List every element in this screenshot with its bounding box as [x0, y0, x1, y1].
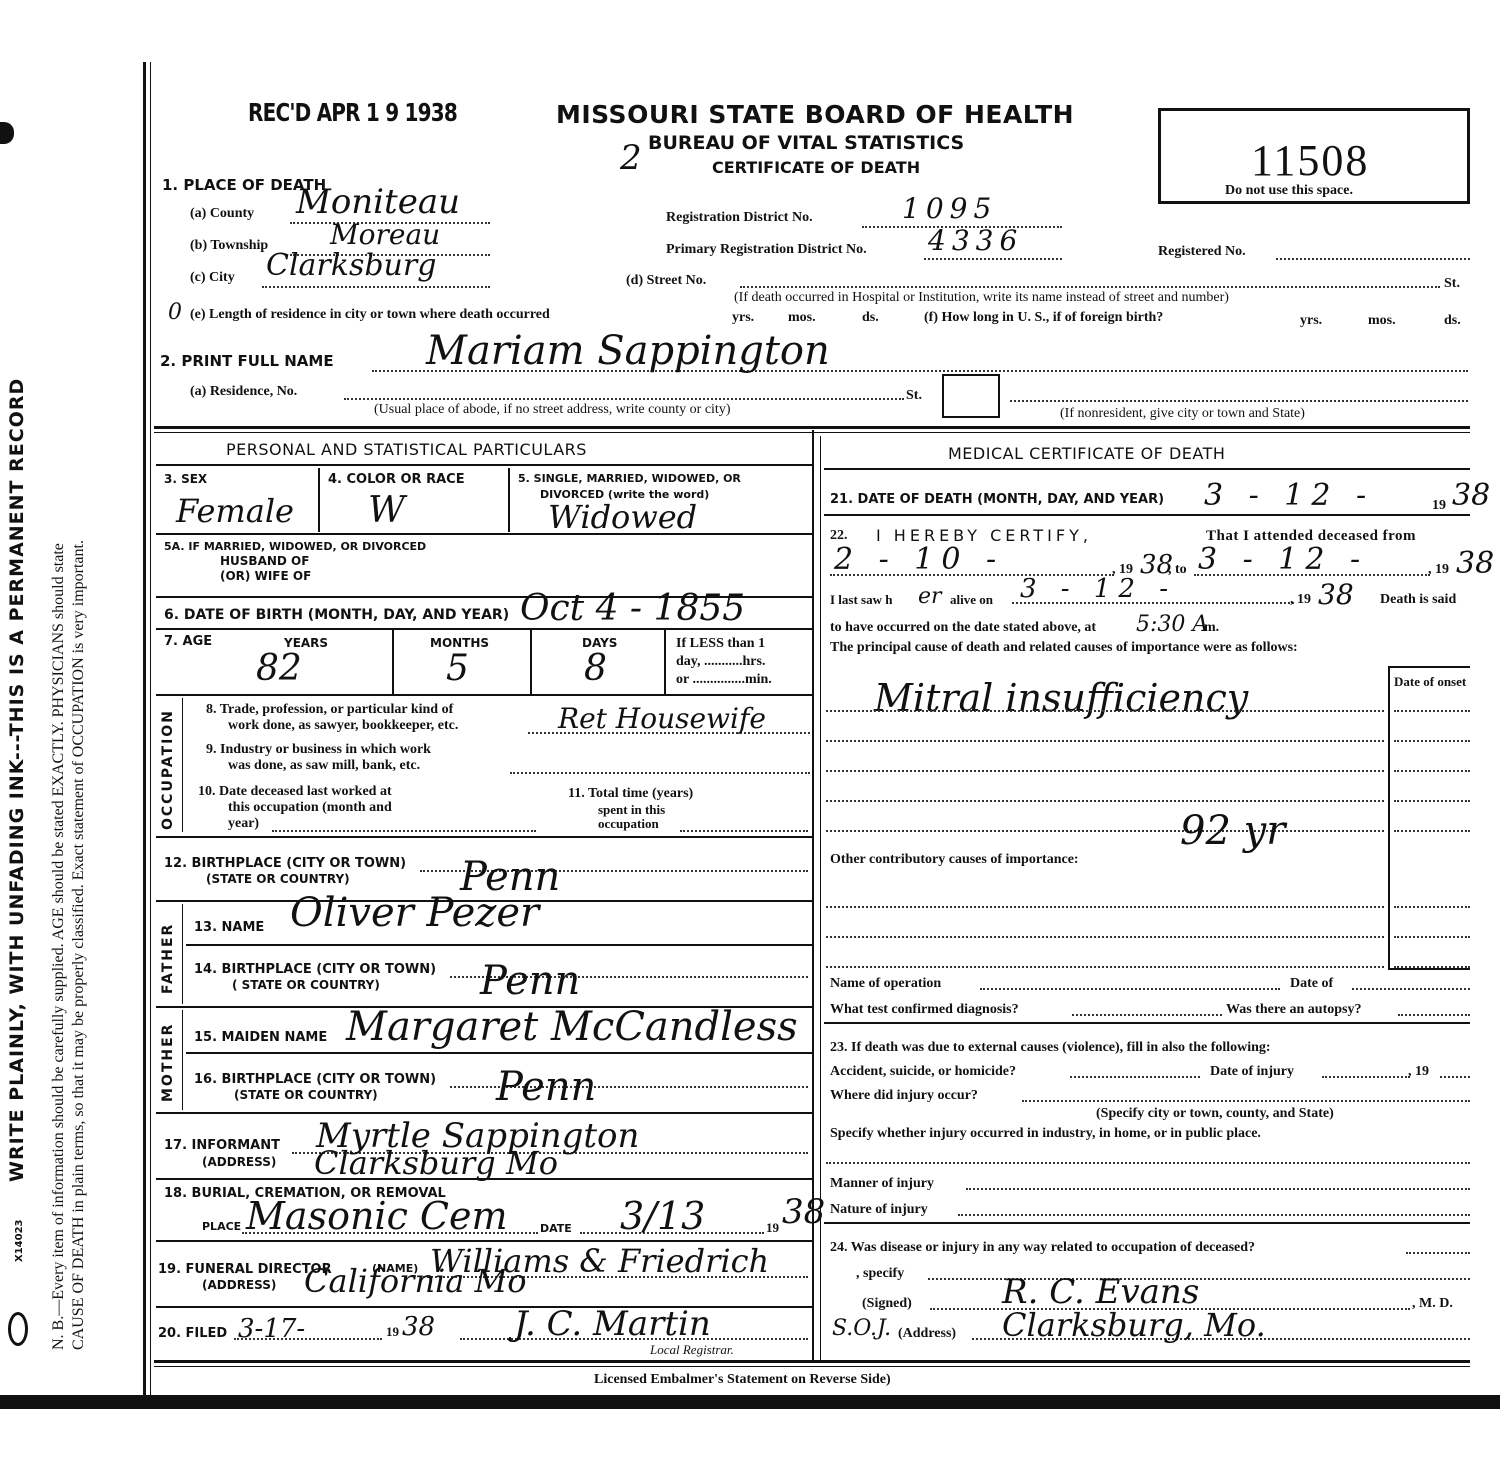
- total-time-label-1: 11. Total time (years): [568, 786, 693, 802]
- onset-line-5[interactable]: [1394, 820, 1470, 832]
- autopsy-label: Was there an autopsy?: [1226, 1002, 1361, 1018]
- father-birthplace-label-1: 14. BIRTHPLACE (CITY OR TOWN): [194, 962, 436, 977]
- primary-district-field[interactable]: 4336: [924, 236, 1062, 260]
- birthplace-label-1: 12. BIRTHPLACE (CITY OR TOWN): [164, 856, 406, 871]
- frame-left-border-inner: [150, 62, 151, 1402]
- nature-label: Nature of injury: [830, 1202, 928, 1218]
- father-birthplace-field[interactable]: Penn: [450, 964, 808, 978]
- full-name-value: Mariam Sappington: [426, 328, 830, 374]
- city-value: Clarksburg: [266, 248, 436, 283]
- margin-warning: WRITE PLAINLY, WITH UNFADING INK---THIS …: [6, 378, 28, 1182]
- funeral-address-value[interactable]: California Mo: [304, 1262, 527, 1300]
- age-label: 7. AGE: [164, 634, 212, 649]
- industry-field[interactable]: [510, 760, 810, 774]
- external-causes-label: 23. If death was due to external causes …: [830, 1040, 1271, 1056]
- full-name-label: 2. PRINT FULL NAME: [160, 352, 334, 370]
- onset-column-rule: [1388, 666, 1390, 968]
- form-subtitle: BUREAU OF VITAL STATISTICS: [648, 132, 964, 154]
- occupation-related-field[interactable]: [1406, 1242, 1470, 1254]
- registration-district-label: Registration District No.: [666, 210, 813, 226]
- nature-field[interactable]: [958, 1204, 1470, 1216]
- registered-no-field[interactable]: [1276, 240, 1470, 260]
- row-rule-4: [156, 694, 812, 696]
- less-than-day-2: day, ...........hrs.: [676, 654, 765, 670]
- row-rule-1: [156, 533, 812, 535]
- dob-label: 6. DATE OF BIRTH (MONTH, DAY, AND YEAR): [164, 607, 509, 623]
- medical-rule-2: [824, 1022, 1470, 1024]
- binding-hole: [0, 122, 14, 144]
- attended-to-value: 3 - 12 -: [1198, 542, 1368, 577]
- attended-to-field[interactable]: 3 - 12 -: [1194, 568, 1430, 576]
- onset-line-3[interactable]: [1394, 760, 1470, 772]
- informant-address-label: (ADDRESS): [202, 1155, 276, 1169]
- residence-yrs-label: yrs.: [732, 310, 754, 326]
- city-label: (c) City: [190, 270, 235, 286]
- primary-district-label: Primary Registration District No.: [666, 242, 867, 258]
- onset-line-2[interactable]: [1394, 730, 1470, 742]
- union-bug-icon: [8, 1312, 28, 1346]
- to-year-value[interactable]: 38: [1456, 546, 1494, 581]
- manner-label: Manner of injury: [830, 1176, 934, 1192]
- mother-side-rule: [182, 1010, 183, 1110]
- industry-label-2: was done, as saw mill, bank, etc.: [228, 758, 420, 774]
- residence-note: (Usual place of abode, if no street addr…: [374, 402, 731, 418]
- sex-value[interactable]: Female: [176, 492, 294, 530]
- scan-bottom-bar: [0, 1395, 1500, 1409]
- attended-from-value: 2 - 10 -: [834, 542, 1004, 577]
- personal-title-rule: [156, 464, 812, 466]
- contributory-line-3[interactable]: [826, 956, 1384, 968]
- township-label: (b) Township: [190, 238, 268, 254]
- foreign-ds-label: ds.: [1444, 313, 1461, 329]
- alive-on-value: 3 - 12 -: [1020, 574, 1176, 604]
- spouse-label-3: (OR) WIFE OF: [220, 569, 311, 583]
- street-field[interactable]: [740, 270, 1440, 288]
- contributory-label: Other contributory causes of importance:: [830, 852, 1079, 868]
- autopsy-field[interactable]: [1398, 1004, 1470, 1016]
- funeral-address-label: (ADDRESS): [202, 1278, 276, 1292]
- total-time-field[interactable]: [680, 818, 808, 832]
- accident-field[interactable]: [1070, 1066, 1200, 1078]
- father-side-label: FATHER: [160, 923, 176, 994]
- last-worked-label-3: year): [228, 816, 259, 832]
- principal-cause-label: The principal cause of death and related…: [830, 640, 1298, 656]
- onset-line-1[interactable]: [1394, 700, 1470, 712]
- burial-place-label: PLACE: [202, 1220, 241, 1233]
- test-label: What test confirmed diagnosis?: [830, 1002, 1019, 1018]
- cause-line-2[interactable]: [826, 730, 1384, 742]
- total-time-label-3: occupation: [598, 816, 659, 832]
- primary-district-value: 4336: [928, 224, 1023, 257]
- trade-value: Ret Housewife: [558, 702, 766, 735]
- form-name: CERTIFICATE OF DEATH: [712, 158, 920, 177]
- residence-length-label: (e) Length of residence in city or town …: [190, 307, 550, 323]
- cause-line-3[interactable]: [826, 760, 1384, 772]
- signed-label: (Signed): [862, 1296, 912, 1312]
- injury-date-label: Date of injury: [1210, 1064, 1294, 1080]
- mother-birthplace-label-2: (STATE OR COUNTRY): [234, 1088, 378, 1102]
- dod-year-prefix: 19: [1432, 498, 1446, 514]
- side-mark: S.O.J.: [832, 1316, 891, 1341]
- occupation-side-label: OCCUPATION: [160, 709, 176, 830]
- cause-line-1[interactable]: [826, 700, 1384, 712]
- last-saw-pronoun[interactable]: er: [918, 584, 942, 609]
- operation-field[interactable]: [980, 978, 1280, 990]
- spouse-label-2: HUSBAND OF: [220, 554, 309, 568]
- county-label: (a) County: [190, 206, 254, 222]
- occupation-related-label: 24. Was disease or injury in any way rel…: [830, 1240, 1255, 1256]
- injury-year-prefix: , 19: [1408, 1064, 1429, 1080]
- street-note: (If death occurred in Hospital or Instit…: [734, 290, 1229, 306]
- onset-label: Date of onset: [1394, 674, 1466, 690]
- cause-value[interactable]: Mitral insufficiency: [874, 676, 1248, 720]
- days-value[interactable]: 8: [584, 648, 607, 689]
- row-rule-9: [156, 1178, 812, 1180]
- death-said-label: Death is said: [1380, 592, 1456, 608]
- last-worked-field[interactable]: [272, 818, 536, 832]
- occurred-at-label: to have occurred on the date stated abov…: [830, 620, 1096, 636]
- time-suffix: m.: [1204, 620, 1219, 636]
- dob-value[interactable]: Oct 4 - 1855: [520, 588, 745, 629]
- filed-year-prefix: 19: [386, 1324, 399, 1340]
- medical-section-title: MEDICAL CERTIFICATE OF DEATH: [948, 444, 1225, 463]
- township-value: Moreau: [330, 218, 440, 251]
- test-field[interactable]: [1072, 1004, 1222, 1016]
- embalmer-note: Licensed Embalmer's Statement on Reverse…: [594, 1372, 891, 1388]
- registered-no-label: Registered No.: [1158, 244, 1246, 260]
- sex-label: 3. SEX: [164, 472, 207, 486]
- mother-birthplace-field[interactable]: Penn: [450, 1074, 808, 1088]
- nonresident-field[interactable]: [1010, 388, 1468, 402]
- injury-date-field[interactable]: [1322, 1066, 1410, 1078]
- father-birthplace-value: Penn: [480, 958, 580, 1004]
- registrar-field[interactable]: J. C. Martin: [460, 1326, 808, 1340]
- residence-field[interactable]: [344, 384, 904, 400]
- residence-mos-label: mos.: [788, 310, 816, 326]
- mother-side-label: MOTHER: [160, 1023, 176, 1102]
- to-year-prefix: , 19: [1428, 562, 1449, 578]
- street-label: (d) Street No.: [626, 273, 706, 289]
- burial-place-value: Masonic Cem: [246, 1194, 508, 1238]
- where-injury-field[interactable]: [1022, 1090, 1470, 1102]
- md-label: , M. D.: [1412, 1296, 1453, 1312]
- residence-checkbox[interactable]: [942, 374, 1000, 418]
- less-than-day-3: or ...............min.: [676, 672, 772, 688]
- date-of-death-label: 21. DATE OF DEATH (MONTH, DAY, AND YEAR): [830, 492, 1164, 507]
- street-suffix: St.: [1444, 276, 1460, 292]
- bottom-rule-2: [154, 1366, 1470, 1367]
- filed-year-value[interactable]: 38: [402, 1312, 435, 1342]
- date-of-death-value[interactable]: 3 - 12 -: [1204, 478, 1374, 513]
- cause-line-5[interactable]: [826, 820, 1384, 832]
- received-stamp: REC'D APR 1 9 1938: [248, 98, 457, 127]
- onset-line-7[interactable]: [1394, 926, 1470, 938]
- burial-date-label: DATE: [540, 1222, 572, 1235]
- onset-bottom-rule: [1388, 968, 1470, 970]
- informant-label: 17. INFORMANT: [164, 1138, 280, 1153]
- medical-title-rule: [824, 468, 1470, 470]
- row-rule-5: [156, 836, 812, 838]
- margin-note-line1: N. B.—Every item of information should b…: [50, 543, 68, 1350]
- burial-year-value[interactable]: 38: [782, 1192, 825, 1232]
- marital-value[interactable]: Widowed: [548, 498, 697, 536]
- occupation-side-rule: [182, 698, 183, 832]
- residence-label: (a) Residence, No.: [190, 384, 297, 400]
- less-than-day-1: If LESS than 1: [676, 636, 765, 652]
- specify-label: , specify: [856, 1266, 904, 1282]
- residence-length-mark: 0: [168, 300, 182, 325]
- contributory-line-1[interactable]: [826, 896, 1384, 908]
- foreign-birth-label: (f) How long in U. S., if of foreign bir…: [924, 310, 1163, 326]
- race-label: 4. COLOR OR RACE: [328, 472, 465, 487]
- frame-left-border: [143, 62, 146, 1402]
- burial-date-field[interactable]: 3/13: [580, 1222, 764, 1234]
- last-worked-label-2: this occupation (month and: [228, 800, 392, 816]
- birthplace-label-2: (STATE OR COUNTRY): [206, 872, 350, 886]
- physician-address-value: Clarksburg, Mo.: [1002, 1306, 1266, 1344]
- row-rule-3: [156, 628, 812, 630]
- contributory-value[interactable]: 92 yr: [1180, 808, 1285, 854]
- industry-label-1: 9. Industry or business in which work: [206, 742, 431, 758]
- accident-label: Accident, suicide, or homicide?: [830, 1064, 1016, 1080]
- where-injury-note: (Specify city or town, county, and State…: [1096, 1106, 1334, 1122]
- onset-line-6[interactable]: [1394, 896, 1470, 908]
- nonresident-note: (If nonresident, give city or town and S…: [1060, 406, 1305, 422]
- registrar-signature: J. C. Martin: [514, 1304, 711, 1344]
- sex-race-divider: [318, 468, 320, 532]
- years-value[interactable]: 82: [256, 648, 302, 689]
- registrar-label: Local Registrar.: [650, 1342, 734, 1358]
- father-birthplace-label-2: ( STATE OR COUNTRY): [232, 978, 380, 992]
- form-title: MISSOURI STATE BOARD OF HEALTH: [556, 100, 1074, 129]
- burial-date-value: 3/13: [620, 1194, 705, 1238]
- contributory-line-2[interactable]: [826, 926, 1384, 938]
- filed-label: 20. FILED: [158, 1326, 227, 1341]
- operation-date-label: Date of: [1290, 976, 1333, 992]
- main-divider-top: [154, 426, 1470, 429]
- birthplace-field[interactable]: Penn: [420, 858, 808, 872]
- race-value[interactable]: W: [368, 490, 405, 531]
- last-worked-label-1: 10. Date deceased last worked at: [198, 784, 392, 800]
- full-name-field[interactable]: Mariam Sappington: [372, 350, 1468, 372]
- burial-year-prefix: 19: [766, 1220, 779, 1236]
- informant-address-value[interactable]: Clarksburg Mo: [314, 1144, 558, 1182]
- alive-on-field[interactable]: 3 - 12 -: [1012, 596, 1294, 604]
- mother-rule: [186, 1052, 812, 1054]
- registration-district-value: 1095: [902, 192, 997, 225]
- father-rule: [186, 944, 812, 946]
- marital-label-1: 5. SINGLE, MARRIED, WIDOWED, OR: [518, 472, 741, 485]
- union-label: X14023: [14, 1220, 25, 1263]
- bottom-rule-1: [154, 1360, 1470, 1363]
- maiden-name-value[interactable]: Margaret McCandless: [346, 1004, 798, 1050]
- age-divider-3: [664, 630, 666, 694]
- operation-label: Name of operation: [830, 976, 941, 992]
- physician-address-field[interactable]: Clarksburg, Mo.: [972, 1328, 1470, 1340]
- cause-line-4[interactable]: [826, 790, 1384, 802]
- maiden-name-label: 15. MAIDEN NAME: [194, 1030, 327, 1045]
- medical-rule-3: [824, 1222, 1470, 1224]
- burial-place-field[interactable]: Masonic Cem: [242, 1220, 538, 1234]
- time-value[interactable]: 5:30 A: [1136, 612, 1208, 637]
- trade-label-2: work done, as sawyer, bookkeeper, etc.: [228, 718, 458, 734]
- specify-place-field[interactable]: [826, 1152, 1470, 1164]
- father-name-value[interactable]: Oliver Pezer: [290, 890, 539, 936]
- spouse-label-1: 5A. IF MARRIED, WIDOWED, OR DIVORCED: [164, 540, 426, 553]
- father-name-label: 13. NAME: [194, 920, 264, 935]
- foreign-yrs-label: yrs.: [1300, 313, 1322, 329]
- months-value[interactable]: 5: [446, 648, 469, 689]
- last-saw-label: I last saw h: [830, 592, 893, 608]
- physician-address-label: (Address): [898, 1326, 956, 1342]
- alive-on-label: alive on: [950, 592, 993, 608]
- do-not-use-label: Do not use this space.: [1225, 183, 1353, 199]
- father-side-rule: [182, 904, 183, 1004]
- margin-mark: 2: [620, 138, 642, 178]
- onset-line-4[interactable]: [1394, 790, 1470, 802]
- trade-label-1: 8. Trade, profession, or particular kind…: [206, 702, 453, 718]
- residence-ds-label: ds.: [862, 310, 879, 326]
- dod-year-value[interactable]: 38: [1452, 478, 1490, 513]
- row-rule-11: [156, 1306, 812, 1308]
- trade-field[interactable]: Ret Housewife: [528, 718, 810, 734]
- city-field[interactable]: Clarksburg: [262, 262, 490, 288]
- onset-top-rule: [1388, 666, 1470, 668]
- residence-suffix: St.: [906, 388, 922, 404]
- alive-year-value[interactable]: 38: [1318, 578, 1354, 611]
- race-marital-divider: [508, 468, 510, 532]
- age-divider-2: [530, 630, 532, 694]
- filed-date-field[interactable]: 3-17-: [234, 1326, 382, 1340]
- personal-section-title: PERSONAL AND STATISTICAL PARTICULARS: [226, 440, 587, 459]
- foreign-mos-label: mos.: [1368, 313, 1396, 329]
- operation-date-field[interactable]: [1352, 978, 1470, 990]
- age-divider-1: [392, 630, 394, 694]
- filed-date-value: 3-17-: [238, 1314, 305, 1344]
- where-injury-label: Where did injury occur?: [830, 1088, 978, 1104]
- spouse-field[interactable]: [400, 540, 810, 592]
- mother-birthplace-label-1: 16. BIRTHPLACE (CITY OR TOWN): [194, 1072, 436, 1087]
- state-use-box: 11508 Do not use this space.: [1158, 108, 1470, 204]
- alive-year-prefix: , 19: [1290, 592, 1311, 608]
- certificate-number: 11508: [1251, 135, 1369, 186]
- onset-line-8[interactable]: [1394, 956, 1470, 968]
- row-rule-8: [156, 1112, 812, 1114]
- county-value: Moniteau: [296, 182, 460, 222]
- mother-birthplace-value: Penn: [496, 1064, 596, 1110]
- specify-place-label: Specify whether injury occurred in indus…: [830, 1126, 1261, 1142]
- injury-year-field[interactable]: [1440, 1066, 1470, 1078]
- dod-rule: [824, 514, 1470, 516]
- margin-note-line2: CAUSE OF DEATH in plain terms, so that i…: [70, 540, 88, 1350]
- manner-field[interactable]: [966, 1178, 1470, 1190]
